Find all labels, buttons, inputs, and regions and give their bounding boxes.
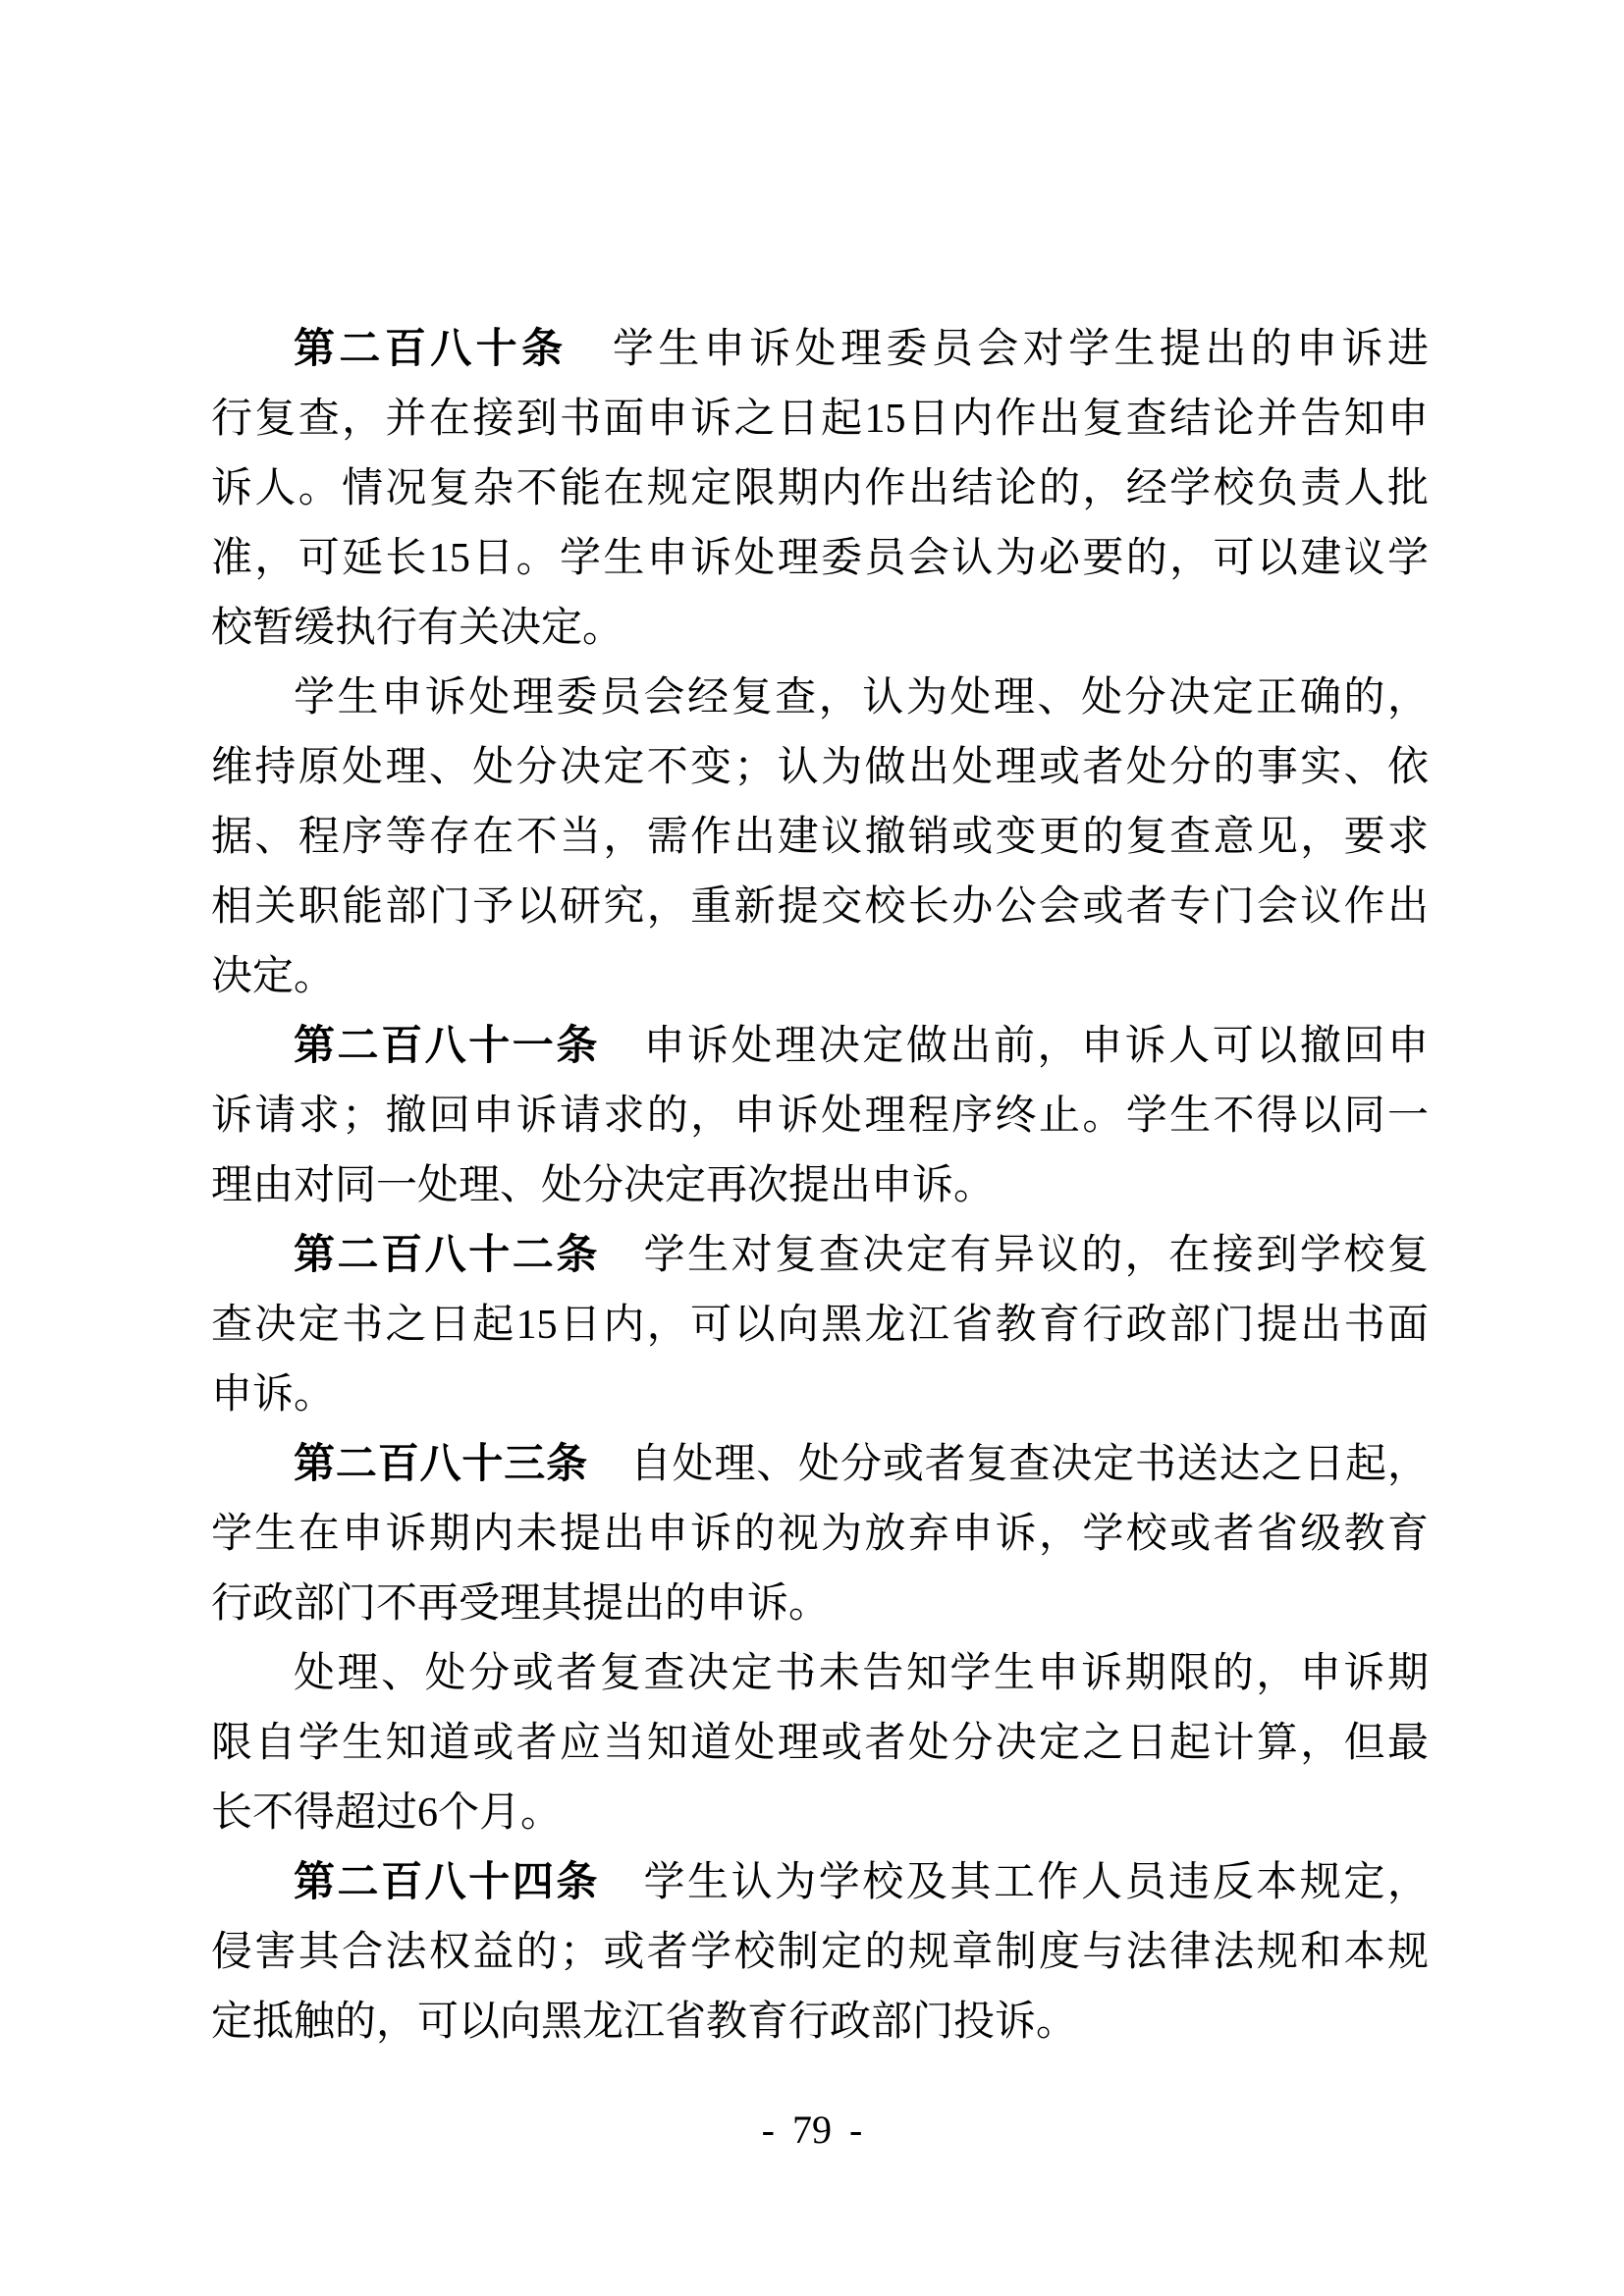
paragraph-article-281: 第二百八十一条 申诉处理决定做出前，申诉人可以撤回申 诉请求；撤回申诉请求的，申… [211, 1012, 1429, 1221]
text-line: 校暂缓执行有关决定。 [211, 594, 1429, 664]
paragraph-review-result: 学生申诉处理委员会经复查，认为处理、处分决定正确的， 维持原处理、处分决定不变；… [211, 664, 1429, 1012]
text-line: 侵害其合法权益的；或者学校制定的规章制度与法律法规和本规 [211, 1918, 1429, 1988]
line-text: 据、程序等存在不当，需作出建议撤销或变更的复查意见，要求 [211, 815, 1429, 860]
line-text: 定抵触的，可以向黑龙江省教育行政部门投诉。 [211, 2000, 1077, 2045]
line-text: 准，可延长15日。学生申诉处理委员会认为必要的，可以建议学 [211, 536, 1429, 581]
line-text: 学生申诉处理委员会对学生提出的申诉进 [568, 327, 1429, 372]
text-line: 第二百八十条 学生申诉处理委员会对学生提出的申诉进 [211, 315, 1429, 385]
text-line: 行政部门不再受理其提出的申诉。 [211, 1570, 1429, 1639]
line-text: 侵害其合法权益的；或者学校制定的规章制度与法律法规和本规 [211, 1930, 1429, 1975]
paragraph-article-282: 第二百八十二条 学生对复查决定有异议的，在接到学校复 查决定书之日起15日内，可… [211, 1221, 1429, 1430]
paragraph-appeal-period: 处理、处分或者复查决定书未告知学生申诉期限的，申诉期 限自学生知道或者应当知道处… [211, 1639, 1429, 1848]
text-line: 申诉。 [211, 1361, 1429, 1430]
line-text: 行复查，并在接到书面申诉之日起15日内作出复查结论并告知申 [211, 397, 1429, 442]
line-text: 校暂缓执行有关决定。 [211, 606, 623, 651]
line-text: 学生申诉处理委员会经复查，认为处理、处分决定正确的， [294, 675, 1429, 721]
article-number: 第二百八十条 [294, 327, 568, 372]
text-line: 第二百八十三条 自处理、处分或者复查决定书送达之日起， [211, 1430, 1429, 1500]
line-text: 查决定书之日起15日内，可以向黑龙江省教育行政部门提出书面 [211, 1303, 1429, 1348]
text-line: 行复查，并在接到书面申诉之日起15日内作出复查结论并告知申 [211, 385, 1429, 454]
text-line: 学生申诉处理委员会经复查，认为处理、处分决定正确的， [211, 664, 1429, 733]
text-line: 定抵触的，可以向黑龙江省教育行政部门投诉。 [211, 1988, 1429, 2057]
line-text: 学生对复查决定有异议的，在接到学校复 [600, 1233, 1429, 1278]
text-line: 决定。 [211, 942, 1429, 1012]
line-text: 诉请求；撤回申诉请求的，申诉处理程序终止。学生不得以同一 [211, 1094, 1429, 1139]
text-line: 据、程序等存在不当，需作出建议撤销或变更的复查意见，要求 [211, 803, 1429, 873]
line-text: 限自学生知道或者应当知道处理或者处分决定之日起计算，但最 [211, 1721, 1429, 1766]
text-line: 准，可延长15日。学生申诉处理委员会认为必要的，可以建议学 [211, 524, 1429, 594]
line-text: 申诉。 [211, 1372, 335, 1417]
text-line: 处理、处分或者复查决定书未告知学生申诉期限的，申诉期 [211, 1639, 1429, 1709]
text-line: 第二百八十四条 学生认为学校及其工作人员违反本规定， [211, 1848, 1429, 1918]
line-text: 维持原处理、处分决定不变；认为做出处理或者处分的事实、依 [211, 745, 1429, 790]
text-line: 长不得超过6个月。 [211, 1779, 1429, 1848]
line-text: 理由对同一处理、处分决定再次提出申诉。 [211, 1163, 995, 1208]
line-text: 学生认为学校及其工作人员违反本规定， [600, 1860, 1429, 1905]
line-text: 自处理、处分或者复查决定书送达之日起， [588, 1442, 1429, 1487]
text-line: 诉人。情况复杂不能在规定限期内作出结论的，经学校负责人批 [211, 454, 1429, 524]
page-number: - 79 - [0, 2109, 1624, 2152]
line-text: 学生在申诉期内未提出申诉的视为放弃申诉，学校或者省级教育 [211, 1512, 1429, 1557]
text-line: 第二百八十二条 学生对复查决定有异议的，在接到学校复 [211, 1221, 1429, 1291]
text-line: 诉请求；撤回申诉请求的，申诉处理程序终止。学生不得以同一 [211, 1082, 1429, 1151]
line-text: 长不得超过6个月。 [211, 1790, 562, 1836]
text-line: 理由对同一处理、处分决定再次提出申诉。 [211, 1151, 1429, 1221]
line-text: 申诉处理决定做出前，申诉人可以撤回申 [600, 1024, 1429, 1069]
text-line: 第二百八十一条 申诉处理决定做出前，申诉人可以撤回申 [211, 1012, 1429, 1082]
article-number: 第二百八十一条 [294, 1024, 600, 1069]
paragraph-article-280: 第二百八十条 学生申诉处理委员会对学生提出的申诉进 行复查，并在接到书面申诉之日… [211, 315, 1429, 664]
article-number: 第二百八十四条 [294, 1860, 600, 1905]
paragraph-article-284: 第二百八十四条 学生认为学校及其工作人员违反本规定， 侵害其合法权益的；或者学校… [211, 1848, 1429, 2057]
paragraph-article-283: 第二百八十三条 自处理、处分或者复查决定书送达之日起， 学生在申诉期内未提出申诉… [211, 1430, 1429, 1639]
text-line: 限自学生知道或者应当知道处理或者处分决定之日起计算，但最 [211, 1709, 1429, 1779]
article-number: 第二百八十二条 [294, 1233, 600, 1278]
text-block: 第二百八十条 学生申诉处理委员会对学生提出的申诉进 行复查，并在接到书面申诉之日… [211, 315, 1429, 2057]
article-number: 第二百八十三条 [294, 1442, 588, 1487]
line-text: 处理、处分或者复查决定书未告知学生申诉期限的，申诉期 [294, 1651, 1429, 1696]
line-text: 决定。 [211, 954, 335, 999]
line-text: 行政部门不再受理其提出的申诉。 [211, 1581, 830, 1627]
text-line: 相关职能部门予以研究，重新提交校长办公会或者专门会议作出 [211, 873, 1429, 942]
line-text: 诉人。情况复杂不能在规定限期内作出结论的，经学校负责人批 [211, 466, 1429, 511]
text-line: 查决定书之日起15日内，可以向黑龙江省教育行政部门提出书面 [211, 1291, 1429, 1361]
line-text: 相关职能部门予以研究，重新提交校长办公会或者专门会议作出 [211, 884, 1429, 930]
document-page: 第二百八十条 学生申诉处理委员会对学生提出的申诉进 行复查，并在接到书面申诉之日… [0, 0, 1624, 2296]
text-line: 维持原处理、处分决定不变；认为做出处理或者处分的事实、依 [211, 733, 1429, 803]
text-line: 学生在申诉期内未提出申诉的视为放弃申诉，学校或者省级教育 [211, 1500, 1429, 1570]
